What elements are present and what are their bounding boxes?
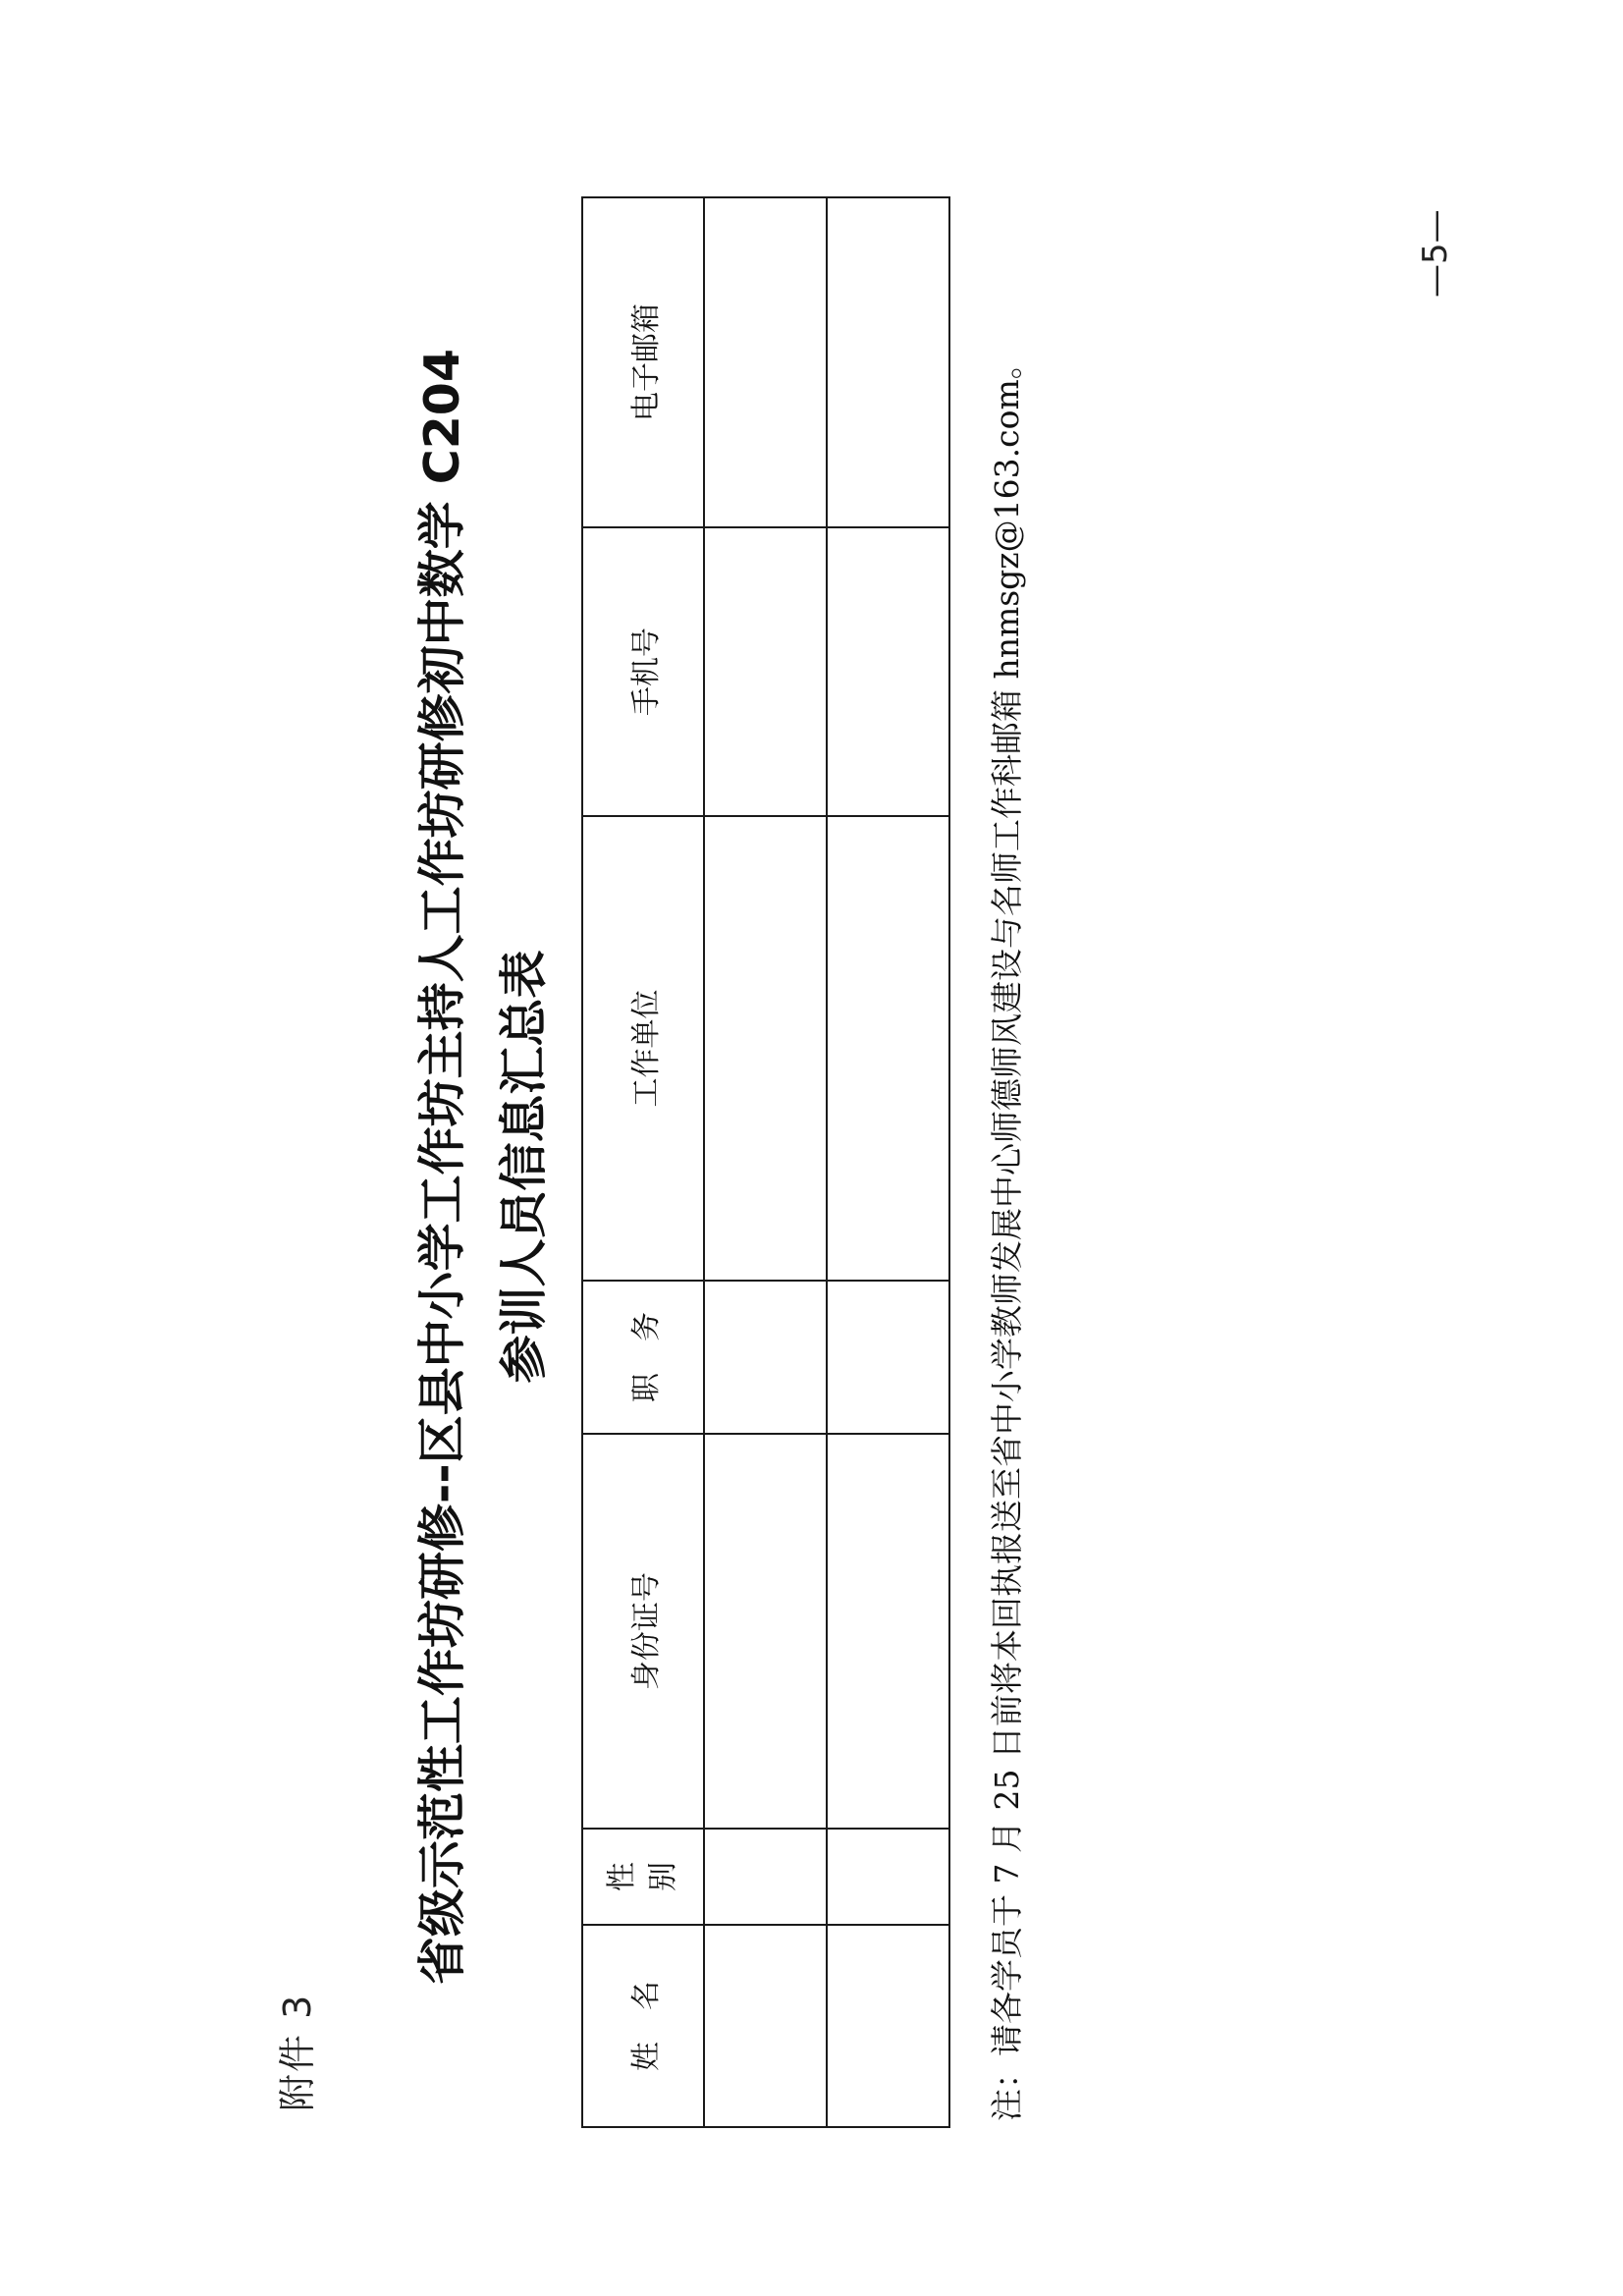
header-position: 职务 <box>582 1281 704 1434</box>
cell-position[interactable] <box>827 1281 949 1434</box>
cell-work-unit[interactable] <box>704 816 827 1281</box>
cell-phone[interactable] <box>704 527 827 816</box>
cell-gender[interactable] <box>827 1829 949 1925</box>
cell-email[interactable] <box>827 197 949 527</box>
cell-work-unit[interactable] <box>827 816 949 1281</box>
cell-position[interactable] <box>704 1281 827 1434</box>
table-header-row: 姓名 性别 身份证号 职务 工作单位 手机号 电子邮箱 <box>582 197 704 2127</box>
table-row <box>827 197 949 2127</box>
cell-gender[interactable] <box>704 1829 827 1925</box>
document-subtitle: 参训人员信息汇总表 <box>486 332 555 2001</box>
cell-name[interactable] <box>827 1925 949 2127</box>
header-name: 姓名 <box>582 1925 704 2127</box>
cell-name[interactable] <box>704 1925 827 2127</box>
table-row <box>704 197 827 2127</box>
cell-phone[interactable] <box>827 527 949 816</box>
cell-email[interactable] <box>704 197 827 527</box>
header-gender: 性别 <box>582 1829 704 1925</box>
cell-id-number[interactable] <box>827 1434 949 1829</box>
header-work-unit: 工作单位 <box>582 816 704 1281</box>
header-id-number: 身份证号 <box>582 1434 704 1829</box>
attachment-label: 附件 3 <box>267 1994 321 2111</box>
submission-note: 注：请各学员于 7 月 25 日前将本回执报送至省中小学教师发展中心师德师风建设… <box>982 347 1028 2121</box>
cell-id-number[interactable] <box>704 1434 827 1829</box>
header-phone: 手机号 <box>582 527 704 816</box>
header-email: 电子邮箱 <box>582 197 704 527</box>
document-page: 附件 3 省级示范性工作坊研修--区县中小学工作坊主持人工作坊研修初中数学 C2… <box>0 0 1623 2296</box>
page-number: —5— <box>1416 209 1455 298</box>
document-title: 省级示范性工作坊研修--区县中小学工作坊主持人工作坊研修初中数学 C204 <box>405 332 473 2001</box>
participant-info-table: 姓名 性别 身份证号 职务 工作单位 手机号 电子邮箱 <box>581 196 950 2128</box>
